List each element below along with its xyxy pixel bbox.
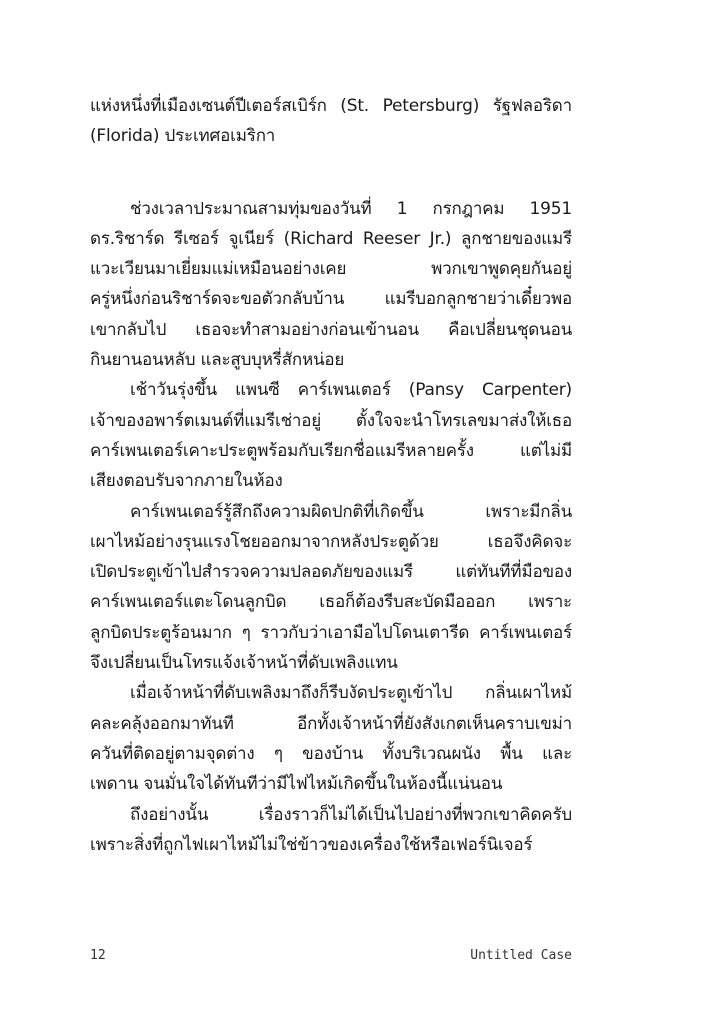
text-line: เช้าวันรุ่งขึ้น แพนซี คาร์เพนเตอร์ (Pans… [90,375,572,405]
paragraph: ช่วงเวลาประมาณสามทุ่มของวันที่ 1 กรกฎาคม… [90,194,572,376]
book-title: Untitled Case [470,948,572,963]
paragraph: แห่งหนึ่งที่เมืองเซนต์ปีเตอร์สเบิร์ก (St… [90,91,572,152]
text-line: เจ้าของอพาร์ตเมนต์ที่แมรีเช่าอยู่ ตั้งใจ… [90,406,572,436]
text-line: (Florida) ประเทศอเมริกา [90,121,572,151]
text-line: เสียงตอบรับจากภายในห้อง [90,466,572,496]
text-line: ครู่หนึ่งก่อนริชาร์ดจะขอตัวกลับบ้าน แมรี… [90,284,572,314]
text-line: ควันที่ติดอยู่ตามจุดต่าง ๆ ของบ้าน ทั้งบ… [90,739,572,769]
text-line: เปิดประตูเข้าไปสำรวจความปลอดภัยของแมรี แ… [90,557,572,587]
text-line: ดร.ริชาร์ด รีเซอร์ จูเนียร์ (Richard Ree… [90,224,572,254]
paragraph: เมื่อเจ้าหน้าที่ดับเพลิงมาถึงก็รีบงัดประ… [90,678,572,799]
text-line: คละคลุ้งออกมาทันที อีกทั้งเจ้าหน้าที่ยัง… [90,709,572,739]
text-line: จึงเปลี่ยนเป็นโทรแจ้งเจ้าหน้าที่ดับเพลิง… [90,648,572,678]
text-line: คาร์เพนเตอร์แตะโดนลูกบิด เธอก็ต้องรีบสะบ… [90,587,572,617]
page-footer: 12 Untitled Case [90,948,572,963]
paragraph: ถึงอย่างนั้น เรื่องราวก็ไม่ได้เป็นไปอย่า… [90,800,572,861]
text-line: เผาไหม้อย่างรุนแรงโชยออกมาจากหลังประตูด้… [90,527,572,557]
page-number: 12 [90,948,106,963]
paragraph-gap [90,152,572,194]
text-line: ลูกบิดประตูร้อนมาก ๆ ราวกับว่าเอามือไปโด… [90,618,572,648]
text-line: แวะเวียนมาเยี่ยมแม่เหมือนอย่างเคย พวกเขา… [90,254,572,284]
text-line: เมื่อเจ้าหน้าที่ดับเพลิงมาถึงก็รีบงัดประ… [90,678,572,708]
text-line: เขากลับไป เธอจะทำสามอย่างก่อนเข้านอน คือ… [90,315,572,345]
paragraph: คาร์เพนเตอร์รู้สึกถึงความผิดปกติที่เกิดข… [90,497,572,679]
text-line: คาร์เพนเตอร์รู้สึกถึงความผิดปกติที่เกิดข… [90,497,572,527]
text-line: แห่งหนึ่งที่เมืองเซนต์ปีเตอร์สเบิร์ก (St… [90,91,572,121]
text-line: เพราะสิ่งที่ถูกไฟเผาไหม้ไม่ใช่ข้าวของเคร… [90,830,572,860]
text-line: คาร์เพนเตอร์เคาะประตูพร้อมกับเรียกชื่อแม… [90,436,572,466]
text-line: ช่วงเวลาประมาณสามทุ่มของวันที่ 1 กรกฎาคม… [90,194,572,224]
text-line: ถึงอย่างนั้น เรื่องราวก็ไม่ได้เป็นไปอย่า… [90,800,572,830]
text-line: กินยานอนหลับ และสูบบุหรี่สักหน่อย [90,345,572,375]
page-body: แห่งหนึ่งที่เมืองเซนต์ปีเตอร์สเบิร์ก (St… [90,91,572,860]
text-line: เพดาน จนมั่นใจได้ทันทีว่ามีไฟไหม้เกิดขึ้… [90,769,572,799]
paragraph: เช้าวันรุ่งขึ้น แพนซี คาร์เพนเตอร์ (Pans… [90,375,572,496]
